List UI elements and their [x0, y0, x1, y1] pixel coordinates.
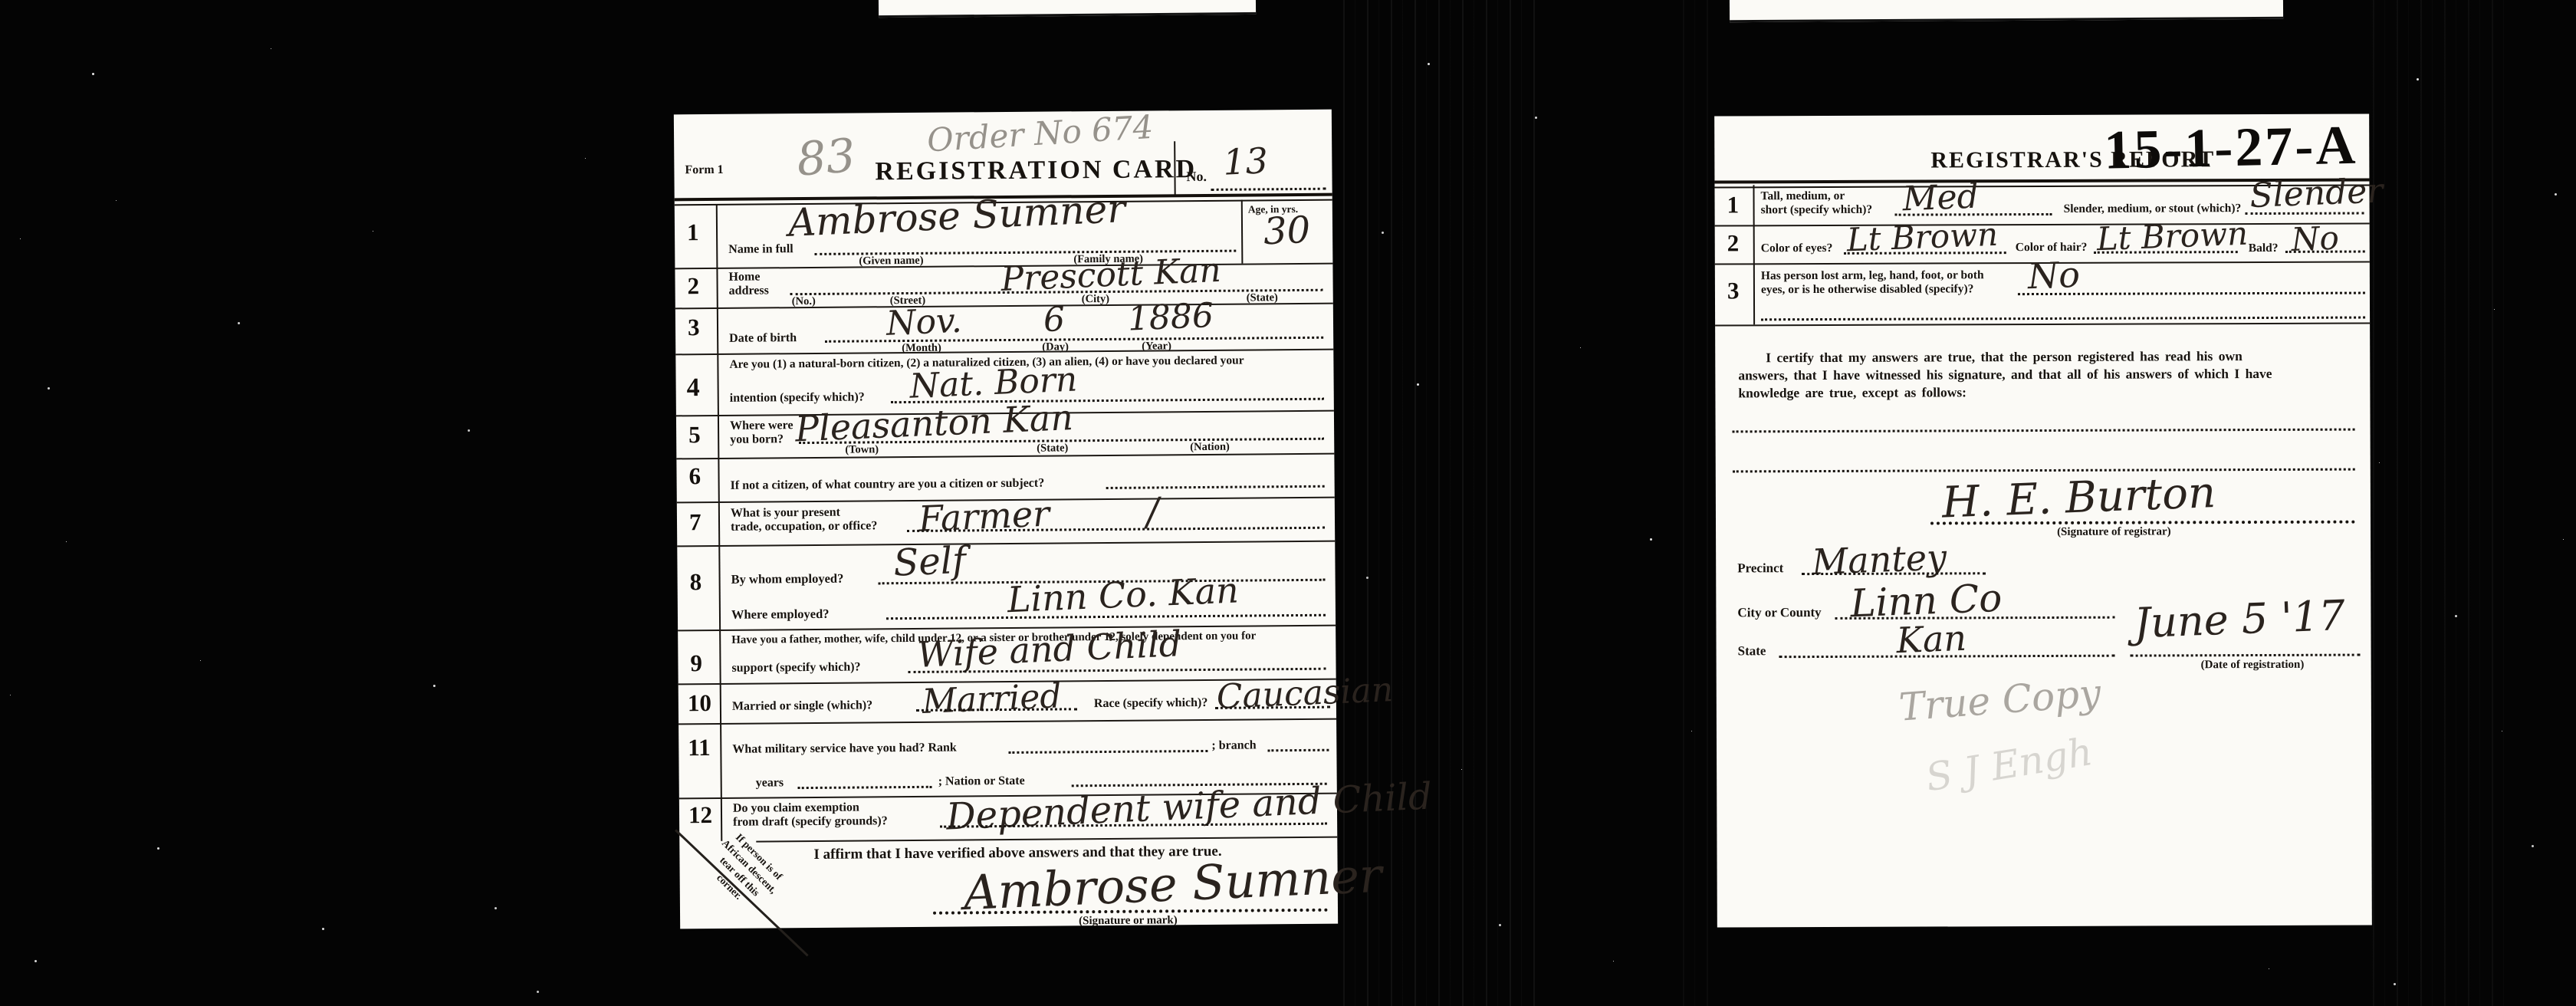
registrars-report-card: REGISTRAR'S REPORT 15-1-27-A 1 Tall, med…	[1714, 114, 2372, 928]
height-label-2: short (specify which)?	[1761, 203, 1873, 217]
row-separator	[675, 303, 1333, 310]
branch-label: ; branch	[1211, 738, 1256, 752]
no-column-divider	[1174, 141, 1176, 195]
birth-year-answer: 1886	[1127, 299, 1214, 337]
certification-paragraph: I certify that my answers are true, that…	[1738, 347, 2351, 402]
dotted-line	[1267, 749, 1329, 752]
birth-month-answer: Nov.	[886, 304, 962, 341]
row-number: 7	[689, 510, 701, 534]
dotted-line	[2285, 251, 2365, 253]
row-number: 1	[687, 220, 699, 244]
certification-line-2: answers, that I have witnessed his signa…	[1738, 364, 2351, 384]
employer-answer: Self	[892, 542, 966, 582]
card-no-value: 13	[1222, 143, 1268, 179]
married-label: Married or single (which)?	[732, 699, 872, 713]
row-separator	[1715, 323, 2370, 327]
age-value: 30	[1263, 212, 1311, 251]
row-separator	[676, 453, 1334, 460]
age-column-divider	[1241, 200, 1244, 264]
dotted-line	[2131, 654, 2361, 657]
row-separator	[756, 837, 1337, 843]
row-number: 9	[690, 651, 702, 675]
eye-color-label: Color of eyes?	[1761, 242, 1833, 255]
signature-or-mark-caption: (Signature or mark)	[1079, 914, 1178, 928]
form-number-label: Form 1	[685, 163, 723, 177]
disability-answer: No	[2027, 257, 2081, 294]
military-service-label: What military service have you had? Rank	[732, 741, 957, 757]
dotted-line	[798, 786, 932, 789]
dotted-line	[1844, 251, 2006, 255]
registration-card: Form 1 83 Order No 674 REGISTRATION CARD…	[674, 110, 1338, 929]
row-number: 2	[687, 274, 699, 298]
where-born-label-1: Where were	[730, 419, 793, 433]
bald-label: Bald?	[2249, 242, 2279, 255]
signature-of-registrar-caption: (Signature of registrar)	[2057, 525, 2171, 539]
previous-card-edge-left	[879, 0, 1256, 18]
city-or-county-label: City or County	[1737, 605, 1821, 620]
height-label-1: Tall, medium, or	[1760, 189, 1845, 203]
dotted-line	[1835, 616, 2114, 620]
citizenship-label-2: intention (specify which)?	[730, 390, 865, 405]
stamp-15-1-27-a: 15-1-27-A	[2103, 113, 2358, 182]
build-answer: Slender	[2249, 174, 2384, 213]
height-answer: Med	[1902, 180, 1980, 217]
eye-color-answer: Lt Brown	[1846, 219, 1999, 257]
date-of-birth-label: Date of birth	[729, 331, 797, 346]
married-answer: Married	[922, 679, 1062, 719]
nation-caption: (Nation)	[1190, 441, 1230, 454]
years-label: years	[756, 776, 784, 790]
where-employed-answer: Linn Co. Kan	[1007, 572, 1240, 617]
dotted-blank-line	[1733, 468, 2355, 473]
certification-line-3: knowledge are true, except as follows:	[1738, 382, 2351, 402]
name-label: Name in full	[728, 242, 793, 257]
home-address-label-1: Home	[728, 271, 760, 284]
dependents-answer: Wife and Child	[917, 626, 1183, 672]
film-scratch-band	[1683, 0, 1714, 1006]
trade-label-1: What is your present	[731, 506, 840, 521]
row-number: 6	[688, 464, 701, 488]
dotted-line	[2018, 292, 2365, 296]
dotted-line	[1761, 317, 2365, 321]
dotted-line	[1211, 188, 1326, 191]
pencil-true-copy-note: True Copy	[1898, 674, 2102, 727]
row-number: 11	[688, 735, 711, 759]
employer-label: By whom employed?	[731, 572, 844, 587]
row-number: 10	[688, 691, 711, 715]
row-separator	[677, 541, 1335, 547]
row-number: 3	[1727, 278, 1740, 302]
date-of-registration-caption: (Date of registration)	[2201, 659, 2305, 672]
number-column-divider	[1753, 185, 1755, 324]
hair-color-answer: Lt Brown	[2096, 218, 2249, 256]
row-number: 8	[690, 570, 702, 593]
film-scratch-band	[2373, 0, 2511, 1006]
where-employed-label: Where employed?	[731, 607, 830, 622]
dotted-line	[1106, 485, 1325, 489]
where-born-label-2: you born?	[730, 432, 784, 446]
nation-or-state-label: ; Nation or State	[938, 774, 1025, 789]
dotted-line	[1008, 750, 1207, 754]
row-number: 2	[1727, 231, 1740, 255]
pencil-order-number: Order No 674	[926, 111, 1154, 157]
trade-tally-mark: /	[1145, 492, 1160, 531]
registration-date: June 5 '17	[2134, 595, 2346, 645]
card-title: REGISTRATION CARD	[875, 155, 1197, 186]
home-address-label-2: address	[729, 284, 769, 298]
number-column-divider	[716, 204, 723, 841]
registrar-signature: H. E. Burton	[1941, 472, 2216, 525]
state-label: State	[1738, 643, 1766, 658]
row-number: 4	[687, 375, 700, 401]
dotted-line	[1802, 572, 1986, 575]
dotted-blank-line	[1733, 429, 2355, 433]
row-number: 5	[688, 422, 701, 446]
state-caption: (State)	[1037, 442, 1068, 455]
film-dust-specks	[0, 0, 2, 2]
not-citizen-label: If not a citizen, of what country are yo…	[731, 477, 1045, 493]
dotted-line	[1930, 521, 2355, 525]
disability-label-2: eyes, or is he otherwise disabled (speci…	[1761, 282, 1973, 296]
race-label: Race (specify which)?	[1094, 696, 1208, 711]
card-no-label: No.	[1186, 169, 1207, 184]
disability-label-1: Has person lost arm, leg, hand, foot, or…	[1761, 268, 1984, 282]
dependents-label-2: support (specify which)?	[731, 660, 860, 675]
hair-color-label: Color of hair?	[2016, 241, 2088, 255]
pencil-serial-number: 83	[795, 133, 857, 183]
row-separator	[1715, 223, 2370, 227]
previous-card-edge-right	[1730, 0, 2283, 22]
birth-day-answer: 6	[1043, 303, 1066, 337]
row-number: 3	[688, 315, 700, 339]
registrant-signature: Ambrose Sumner	[963, 852, 1383, 917]
exemption-label-1: Do you claim exemption	[733, 801, 859, 816]
trade-label-2: trade, occupation, or office?	[731, 519, 877, 534]
town-caption: (Town)	[845, 443, 879, 456]
build-label: Slender, medium, or stout (which)?	[2064, 202, 2242, 215]
dotted-line	[2246, 212, 2364, 215]
row-number: 1	[1727, 192, 1740, 216]
state-answer: Kan	[1896, 620, 1967, 658]
row-separator	[678, 718, 1336, 725]
precinct-label: Precinct	[1737, 561, 1783, 575]
certification-line-1: I certify that my answers are true, that…	[1738, 347, 2351, 367]
exemption-label-2: from draft (specify grounds)?	[733, 814, 888, 829]
pencil-faint-signature: S J Engh	[1924, 732, 2095, 797]
